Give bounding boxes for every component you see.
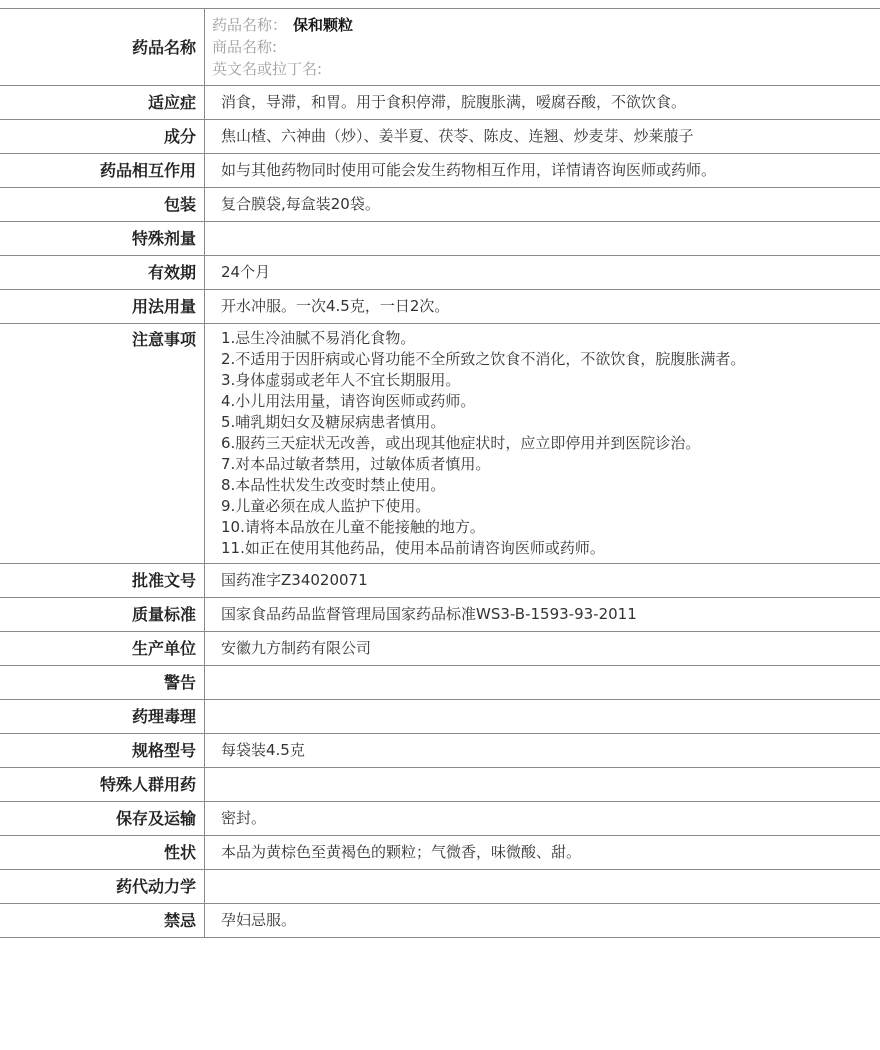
row-content-manufacturer: 安徽九方制药有限公司 [205,632,880,666]
precaution-item: 10.请将本品放在儿童不能接触的地方。 [221,517,868,538]
row-content-packaging: 复合膜袋,每盒装20袋。 [205,188,880,222]
precaution-item: 1.忌生冷油腻不易消化食物。 [221,328,868,349]
name-line-value: 保和颗粒 [293,16,353,34]
table-row-pharmacology-toxicology: 药理毒理 [0,700,880,734]
row-label-precautions: 注意事项 [0,324,205,564]
precaution-item: 7.对本品过敏者禁用，过敏体质者慎用。 [221,454,868,475]
table-row-packaging: 包装复合膜袋,每盒装20袋。 [0,188,880,222]
precaution-item: 11.如正在使用其他药品，使用本品前请咨询医师或药师。 [221,538,868,559]
precaution-item: 9.儿童必须在成人监护下使用。 [221,496,868,517]
row-label-manufacturer: 生产单位 [0,632,205,666]
name-line: 英文名或拉丁名: [212,58,868,80]
row-content-properties: 本品为黄棕色至黄褐色的颗粒；气微香，味微酸、甜。 [205,836,880,870]
row-content-indications: 消食，导滞，和胃。用于食积停滞，脘腹胀满，嗳腐吞酸，不欲饮食。 [205,86,880,120]
precaution-item: 8.本品性状发生改变时禁止使用。 [221,475,868,496]
name-line-prefix: 药品名称： [212,16,287,34]
row-label-drug-interactions: 药品相互作用 [0,154,205,188]
precaution-item: 4.小儿用法用量，请咨询医师或药师。 [221,391,868,412]
row-content-precautions: 1.忌生冷油腻不易消化食物。2.不适用于因肝病或心肾功能不全所致之饮食不消化，不… [205,324,880,564]
table-row-dosage-usage: 用法用量开水冲服。一次4.5克，一日2次。 [0,290,880,324]
row-content-special-population [205,768,880,802]
row-content-quality-standard: 国家食品药品监督管理局国家药品标准WS3-B-1593-93-2011 [205,598,880,632]
row-label-contraindications: 禁忌 [0,904,205,938]
table-row-contraindications: 禁忌孕妇忌服。 [0,904,880,938]
row-content-specification: 每袋装4.5克 [205,734,880,768]
name-line: 药品名称：保和颗粒 [212,14,868,36]
row-content-storage-transport: 密封。 [205,802,880,836]
drug-info-page: 药品名称药品名称：保和颗粒商品名称:英文名或拉丁名:适应症消食，导滞，和胃。用于… [0,0,880,1050]
row-content-validity-period: 24个月 [205,256,880,290]
precaution-item: 3.身体虚弱或老年人不宜长期服用。 [221,370,868,391]
row-label-pharmacology-toxicology: 药理毒理 [0,700,205,734]
row-label-properties: 性状 [0,836,205,870]
row-label-validity-period: 有效期 [0,256,205,290]
table-row-drug-interactions: 药品相互作用如与其他药物同时使用可能会发生药物相互作用，详情请咨询医师或药师。 [0,154,880,188]
drug-info-table: 药品名称药品名称：保和颗粒商品名称:英文名或拉丁名:适应症消食，导滞，和胃。用于… [0,8,880,938]
row-content-warning [205,666,880,700]
table-row-validity-period: 有效期24个月 [0,256,880,290]
row-content-ingredients: 焦山楂、六神曲（炒）、姜半夏、茯苓、陈皮、连翘、炒麦芽、炒莱菔子 [205,120,880,154]
row-content-approval-number: 国药准字Z34020071 [205,564,880,598]
drug-info-table-body: 药品名称药品名称：保和颗粒商品名称:英文名或拉丁名:适应症消食，导滞，和胃。用于… [0,9,880,938]
table-row-manufacturer: 生产单位安徽九方制药有限公司 [0,632,880,666]
row-label-drug-name: 药品名称 [0,9,205,86]
table-row-properties: 性状本品为黄棕色至黄褐色的颗粒；气微香，味微酸、甜。 [0,836,880,870]
row-content-contraindications: 孕妇忌服。 [205,904,880,938]
row-content-drug-interactions: 如与其他药物同时使用可能会发生药物相互作用，详情请咨询医师或药师。 [205,154,880,188]
row-content-drug-name: 药品名称：保和颗粒商品名称:英文名或拉丁名: [205,9,880,86]
table-row-ingredients: 成分焦山楂、六神曲（炒）、姜半夏、茯苓、陈皮、连翘、炒麦芽、炒莱菔子 [0,120,880,154]
row-content-pharmacokinetics [205,870,880,904]
row-label-warning: 警告 [0,666,205,700]
table-row-warning: 警告 [0,666,880,700]
table-row-approval-number: 批准文号国药准字Z34020071 [0,564,880,598]
row-label-special-population: 特殊人群用药 [0,768,205,802]
row-content-pharmacology-toxicology [205,700,880,734]
row-label-approval-number: 批准文号 [0,564,205,598]
table-row-pharmacokinetics: 药代动力学 [0,870,880,904]
precaution-item: 6.服药三天症状无改善，或出现其他症状时，应立即停用并到医院诊治。 [221,433,868,454]
table-row-quality-standard: 质量标准国家食品药品监督管理局国家药品标准WS3-B-1593-93-2011 [0,598,880,632]
row-label-dosage-usage: 用法用量 [0,290,205,324]
table-row-storage-transport: 保存及运输密封。 [0,802,880,836]
row-content-dosage-usage: 开水冲服。一次4.5克，一日2次。 [205,290,880,324]
table-row-precautions: 注意事项1.忌生冷油腻不易消化食物。2.不适用于因肝病或心肾功能不全所致之饮食不… [0,324,880,564]
row-content-special-dosage [205,222,880,256]
table-row-drug-name: 药品名称药品名称：保和颗粒商品名称:英文名或拉丁名: [0,9,880,86]
row-label-quality-standard: 质量标准 [0,598,205,632]
row-label-pharmacokinetics: 药代动力学 [0,870,205,904]
precaution-item: 5.哺乳期妇女及糖尿病患者慎用。 [221,412,868,433]
precaution-item: 2.不适用于因肝病或心肾功能不全所致之饮食不消化，不欲饮食，脘腹胀满者。 [221,349,868,370]
name-line: 商品名称: [212,36,868,58]
row-label-indications: 适应症 [0,86,205,120]
table-row-special-dosage: 特殊剂量 [0,222,880,256]
name-line-prefix: 英文名或拉丁名: [212,60,322,78]
row-label-storage-transport: 保存及运输 [0,802,205,836]
row-label-specification: 规格型号 [0,734,205,768]
table-row-specification: 规格型号每袋装4.5克 [0,734,880,768]
row-label-packaging: 包装 [0,188,205,222]
row-label-special-dosage: 特殊剂量 [0,222,205,256]
row-label-ingredients: 成分 [0,120,205,154]
table-row-special-population: 特殊人群用药 [0,768,880,802]
name-line-prefix: 商品名称: [212,38,277,56]
table-row-indications: 适应症消食，导滞，和胃。用于食积停滞，脘腹胀满，嗳腐吞酸，不欲饮食。 [0,86,880,120]
